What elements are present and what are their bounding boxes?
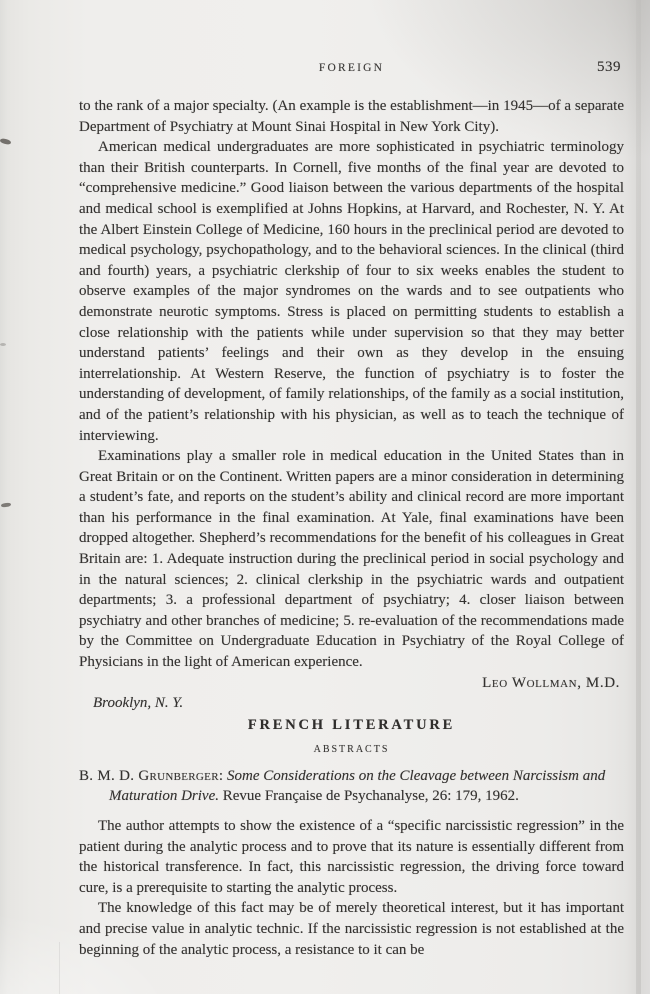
paragraph-continuation: to the rank of a major specialty. (An ex… — [79, 96, 624, 137]
foreign-section-body: to the rank of a major specialty. (An ex… — [79, 96, 624, 673]
abstract-source: Revue Française de Psychanalyse, 26: 179… — [223, 788, 519, 804]
paragraph: The knowledge of this fact may be of mer… — [79, 898, 624, 960]
section-title: FRENCH LITERATURE — [79, 717, 624, 734]
page-edge-shadow — [636, 0, 641, 994]
running-title: FOREIGN — [79, 62, 624, 74]
abstract-author: B. M. D. Grunberger: — [79, 768, 223, 784]
abstract-citation: B. M. D. Grunberger: Some Considerations… — [79, 766, 624, 807]
text-column: FOREIGN 539 to the rank of a major speci… — [79, 62, 624, 960]
binding-speck — [0, 138, 11, 146]
binding-speck — [1, 502, 11, 507]
author-location: Brooklyn, N. Y. — [79, 693, 624, 714]
page-header: FOREIGN 539 — [79, 62, 624, 79]
paragraph: Examinations play a smaller role in medi… — [79, 446, 624, 673]
author-signature: Leo Wollman, M.D. — [79, 673, 624, 694]
scanned-page-background: FOREIGN 539 to the rank of a major speci… — [0, 0, 650, 994]
paragraph: The author attempts to show the existenc… — [79, 816, 624, 898]
section-subtitle: ABSTRACTS — [79, 744, 624, 755]
binding-speck — [0, 343, 6, 346]
paragraph: American medical undergraduates are more… — [79, 137, 624, 446]
page-number: 539 — [597, 59, 621, 76]
abstract-body: The author attempts to show the existenc… — [79, 816, 624, 960]
paper-crease — [59, 942, 60, 994]
